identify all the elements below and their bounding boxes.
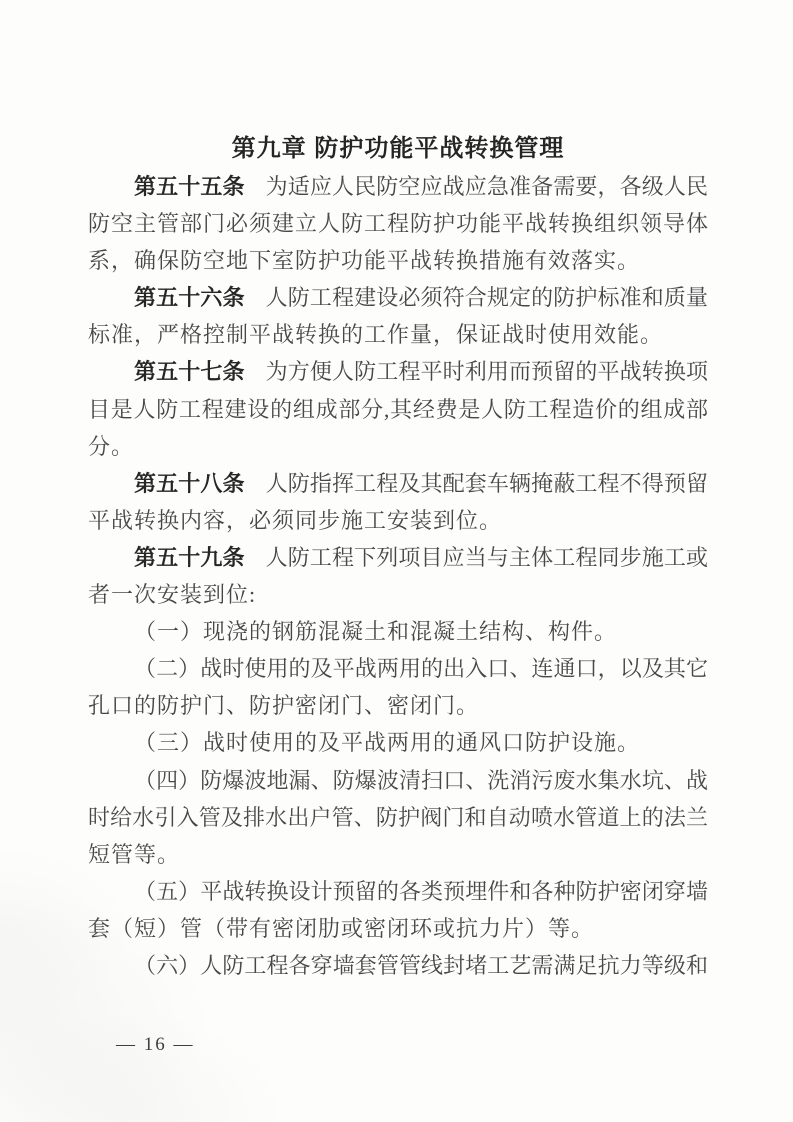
text-line: 目是人防工程建设的组成部分,其经费是人防工程造价的组成部 xyxy=(88,391,708,428)
text-line: （一）现浇的钢筋混凝土和混凝土结构、构件。 xyxy=(88,613,708,650)
text-line: 套（短）管（带有密闭肋或密闭环或抗力片）等。 xyxy=(88,910,708,947)
text-line: 第五十七条为方便人防工程平时利用而预留的平战转换项 xyxy=(88,353,708,390)
line-text: 短管等。 xyxy=(88,842,180,867)
text-line: （四）防爆波地漏、防爆波清扫口、洗消污废水集水坑、战 xyxy=(88,762,708,799)
article-term: 第五十九条 xyxy=(134,545,245,570)
article-term: 第五十八条 xyxy=(134,471,245,496)
text-line: 平战转换内容，必须同步施工安装到位。 xyxy=(88,502,708,539)
text-line: 者一次安装到位: xyxy=(88,576,708,613)
article-term: 第五十七条 xyxy=(134,359,245,384)
line-text: 分。 xyxy=(88,434,134,459)
line-text: 标准，严格控制平战转换的工作量，保证战时使用效能。 xyxy=(88,322,663,347)
text-line: 第五十六条人防工程建设必须符合规定的防护标准和质量 xyxy=(88,279,708,316)
line-text: （四）防爆波地漏、防爆波清扫口、洗消污废水集水坑、战 xyxy=(134,768,708,793)
text-line: （二）战时使用的及平战两用的出入口、连通口，以及其它 xyxy=(88,650,708,687)
article-term: 第五十五条 xyxy=(134,174,245,199)
line-text: 平战转换内容，必须同步施工安装到位。 xyxy=(88,508,502,533)
line-text: （六）人防工程各穿墙套管管线封堵工艺需满足抗力等级和 xyxy=(134,953,708,978)
text-line: 防空主管部门必须建立人防工程防护功能平战转换组织领导体 xyxy=(88,205,708,242)
article-term: 第五十六条 xyxy=(134,285,245,310)
line-text: 防空主管部门必须建立人防工程防护功能平战转换组织领导体 xyxy=(88,211,708,236)
text-line: 第五十九条人防工程下列项目应当与主体工程同步施工或 xyxy=(88,539,708,576)
text-line: 孔口的防护门、防护密闭门、密闭门。 xyxy=(88,687,708,724)
line-text: 孔口的防护门、防护密闭门、密闭门。 xyxy=(88,693,479,718)
line-text: （二）战时使用的及平战两用的出入口、连通口，以及其它 xyxy=(134,656,708,681)
line-text: 人防工程下列项目应当与主体工程同步施工或 xyxy=(266,545,708,570)
line-text: 为方便人防工程平时利用而预留的平战转换项 xyxy=(266,359,708,384)
line-text: 人防工程建设必须符合规定的防护标准和质量 xyxy=(266,285,708,310)
line-text: 者一次安装到位: xyxy=(88,582,256,607)
line-text: 套（短）管（带有密闭肋或密闭环或抗力片）等。 xyxy=(88,916,594,941)
line-text: 人防指挥工程及其配套车辆掩蔽工程不得预留 xyxy=(266,471,708,496)
text-line: 标准，严格控制平战转换的工作量，保证战时使用效能。 xyxy=(88,316,708,353)
line-text: （三）战时使用的及平战两用的通风口防护设施。 xyxy=(134,730,640,755)
text-line: 第五十五条为适应人民防空应战应急准备需要，各级人民 xyxy=(88,168,708,205)
text-line: （三）战时使用的及平战两用的通风口防护设施。 xyxy=(88,724,708,761)
line-text: 系，确保防空地下室防护功能平战转换措施有效落实。 xyxy=(88,248,640,273)
line-text: （五）平战转换设计预留的各类预埋件和各种防护密闭穿墙 xyxy=(134,879,708,904)
line-text: 为适应人民防空应战应急准备需要，各级人民 xyxy=(266,174,708,199)
text-block: 第五十五条为适应人民防空应战应急准备需要，各级人民 防空主管部门必须建立人防工程… xyxy=(88,168,708,984)
chapter-title: 第九章 防护功能平战转换管理 xyxy=(88,132,708,166)
line-text: 目是人防工程建设的组成部分,其经费是人防工程造价的组成部 xyxy=(88,397,708,422)
line-text: 时给水引入管及排水出户管、防护阀门和自动喷水管道上的法兰 xyxy=(88,805,708,830)
document-page: 第九章 防护功能平战转换管理 第五十五条为适应人民防空应战应急准备需要，各级人民… xyxy=(0,0,793,1122)
text-line: 时给水引入管及排水出户管、防护阀门和自动喷水管道上的法兰 xyxy=(88,799,708,836)
line-text: （一）现浇的钢筋混凝土和混凝土结构、构件。 xyxy=(134,619,617,644)
text-line: 系，确保防空地下室防护功能平战转换措施有效落实。 xyxy=(88,242,708,279)
text-line: （五）平战转换设计预留的各类预埋件和各种防护密闭穿墙 xyxy=(88,873,708,910)
text-line: （六）人防工程各穿墙套管管线封堵工艺需满足抗力等级和 xyxy=(88,947,708,984)
text-line: 第五十八条人防指挥工程及其配套车辆掩蔽工程不得预留 xyxy=(88,465,708,502)
text-line: 分。 xyxy=(88,428,708,465)
text-line: 短管等。 xyxy=(88,836,708,873)
page-number: — 16 — xyxy=(116,1034,195,1056)
